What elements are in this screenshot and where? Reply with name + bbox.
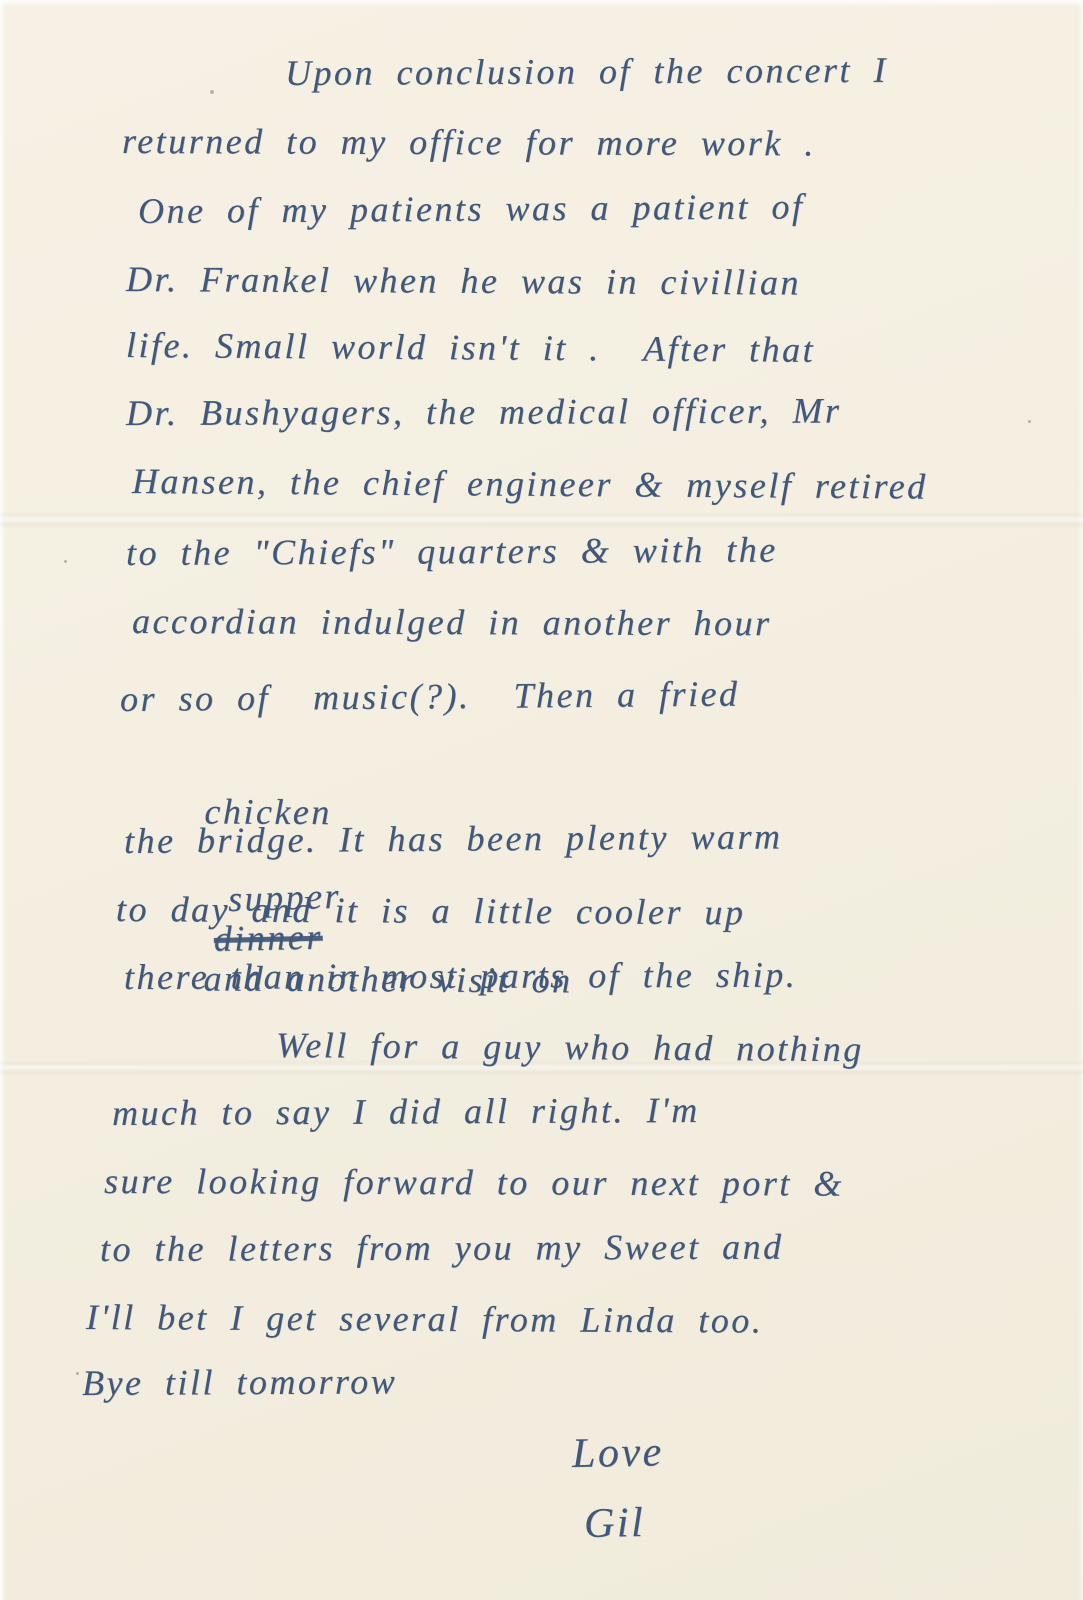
letter-line: to the letters from you my Sweet and	[100, 1226, 784, 1270]
letter-line: accordian indulged in another hour	[132, 600, 772, 644]
letter-line: to day and it is a little cooler up	[116, 888, 746, 933]
letter-line: Bye till tomorrow	[82, 1360, 397, 1404]
letter-line: Hansen, the chief engineer & myself reti…	[132, 460, 928, 508]
letter-line: Well for a guy who had nothing	[276, 1024, 864, 1070]
paper-speck	[76, 1372, 79, 1375]
letter-line: Upon conclusion of the concert I	[285, 49, 888, 94]
paper-speck	[1028, 420, 1031, 423]
paper-speck	[210, 90, 214, 94]
letter-line: One of my patients was a patient of	[138, 185, 805, 232]
letter-line: I'll bet I get several from Linda too.	[86, 1296, 764, 1342]
letter-line: returned to my office for more work .	[122, 120, 816, 164]
letter-line: to the "Chiefs" quarters & with the	[126, 529, 778, 574]
letter-line: Dr. Frankel when he was in civillian	[126, 258, 801, 304]
fold-crease-top	[0, 514, 1083, 526]
letter-line: life. Small world isn't it . After that	[126, 324, 815, 371]
signature-name: Gil	[584, 1499, 646, 1548]
letter-line: Dr. Bushyagers, the medical officer, Mr	[126, 390, 842, 434]
letter-line: there than in most parts of the ship.	[124, 954, 797, 998]
paper-speck	[64, 560, 67, 563]
letter-line: much to say I did all right. I'm	[112, 1089, 700, 1134]
letter-line: or so of music(?). Then a fried	[120, 673, 740, 720]
letter-line: the bridge. It has been plenty warm	[124, 815, 783, 862]
letter-page: Upon conclusion of the concert I returne…	[0, 0, 1083, 1600]
letter-line: sure looking forward to our next port &	[104, 1160, 844, 1205]
signature-closing: Love	[572, 1428, 664, 1478]
